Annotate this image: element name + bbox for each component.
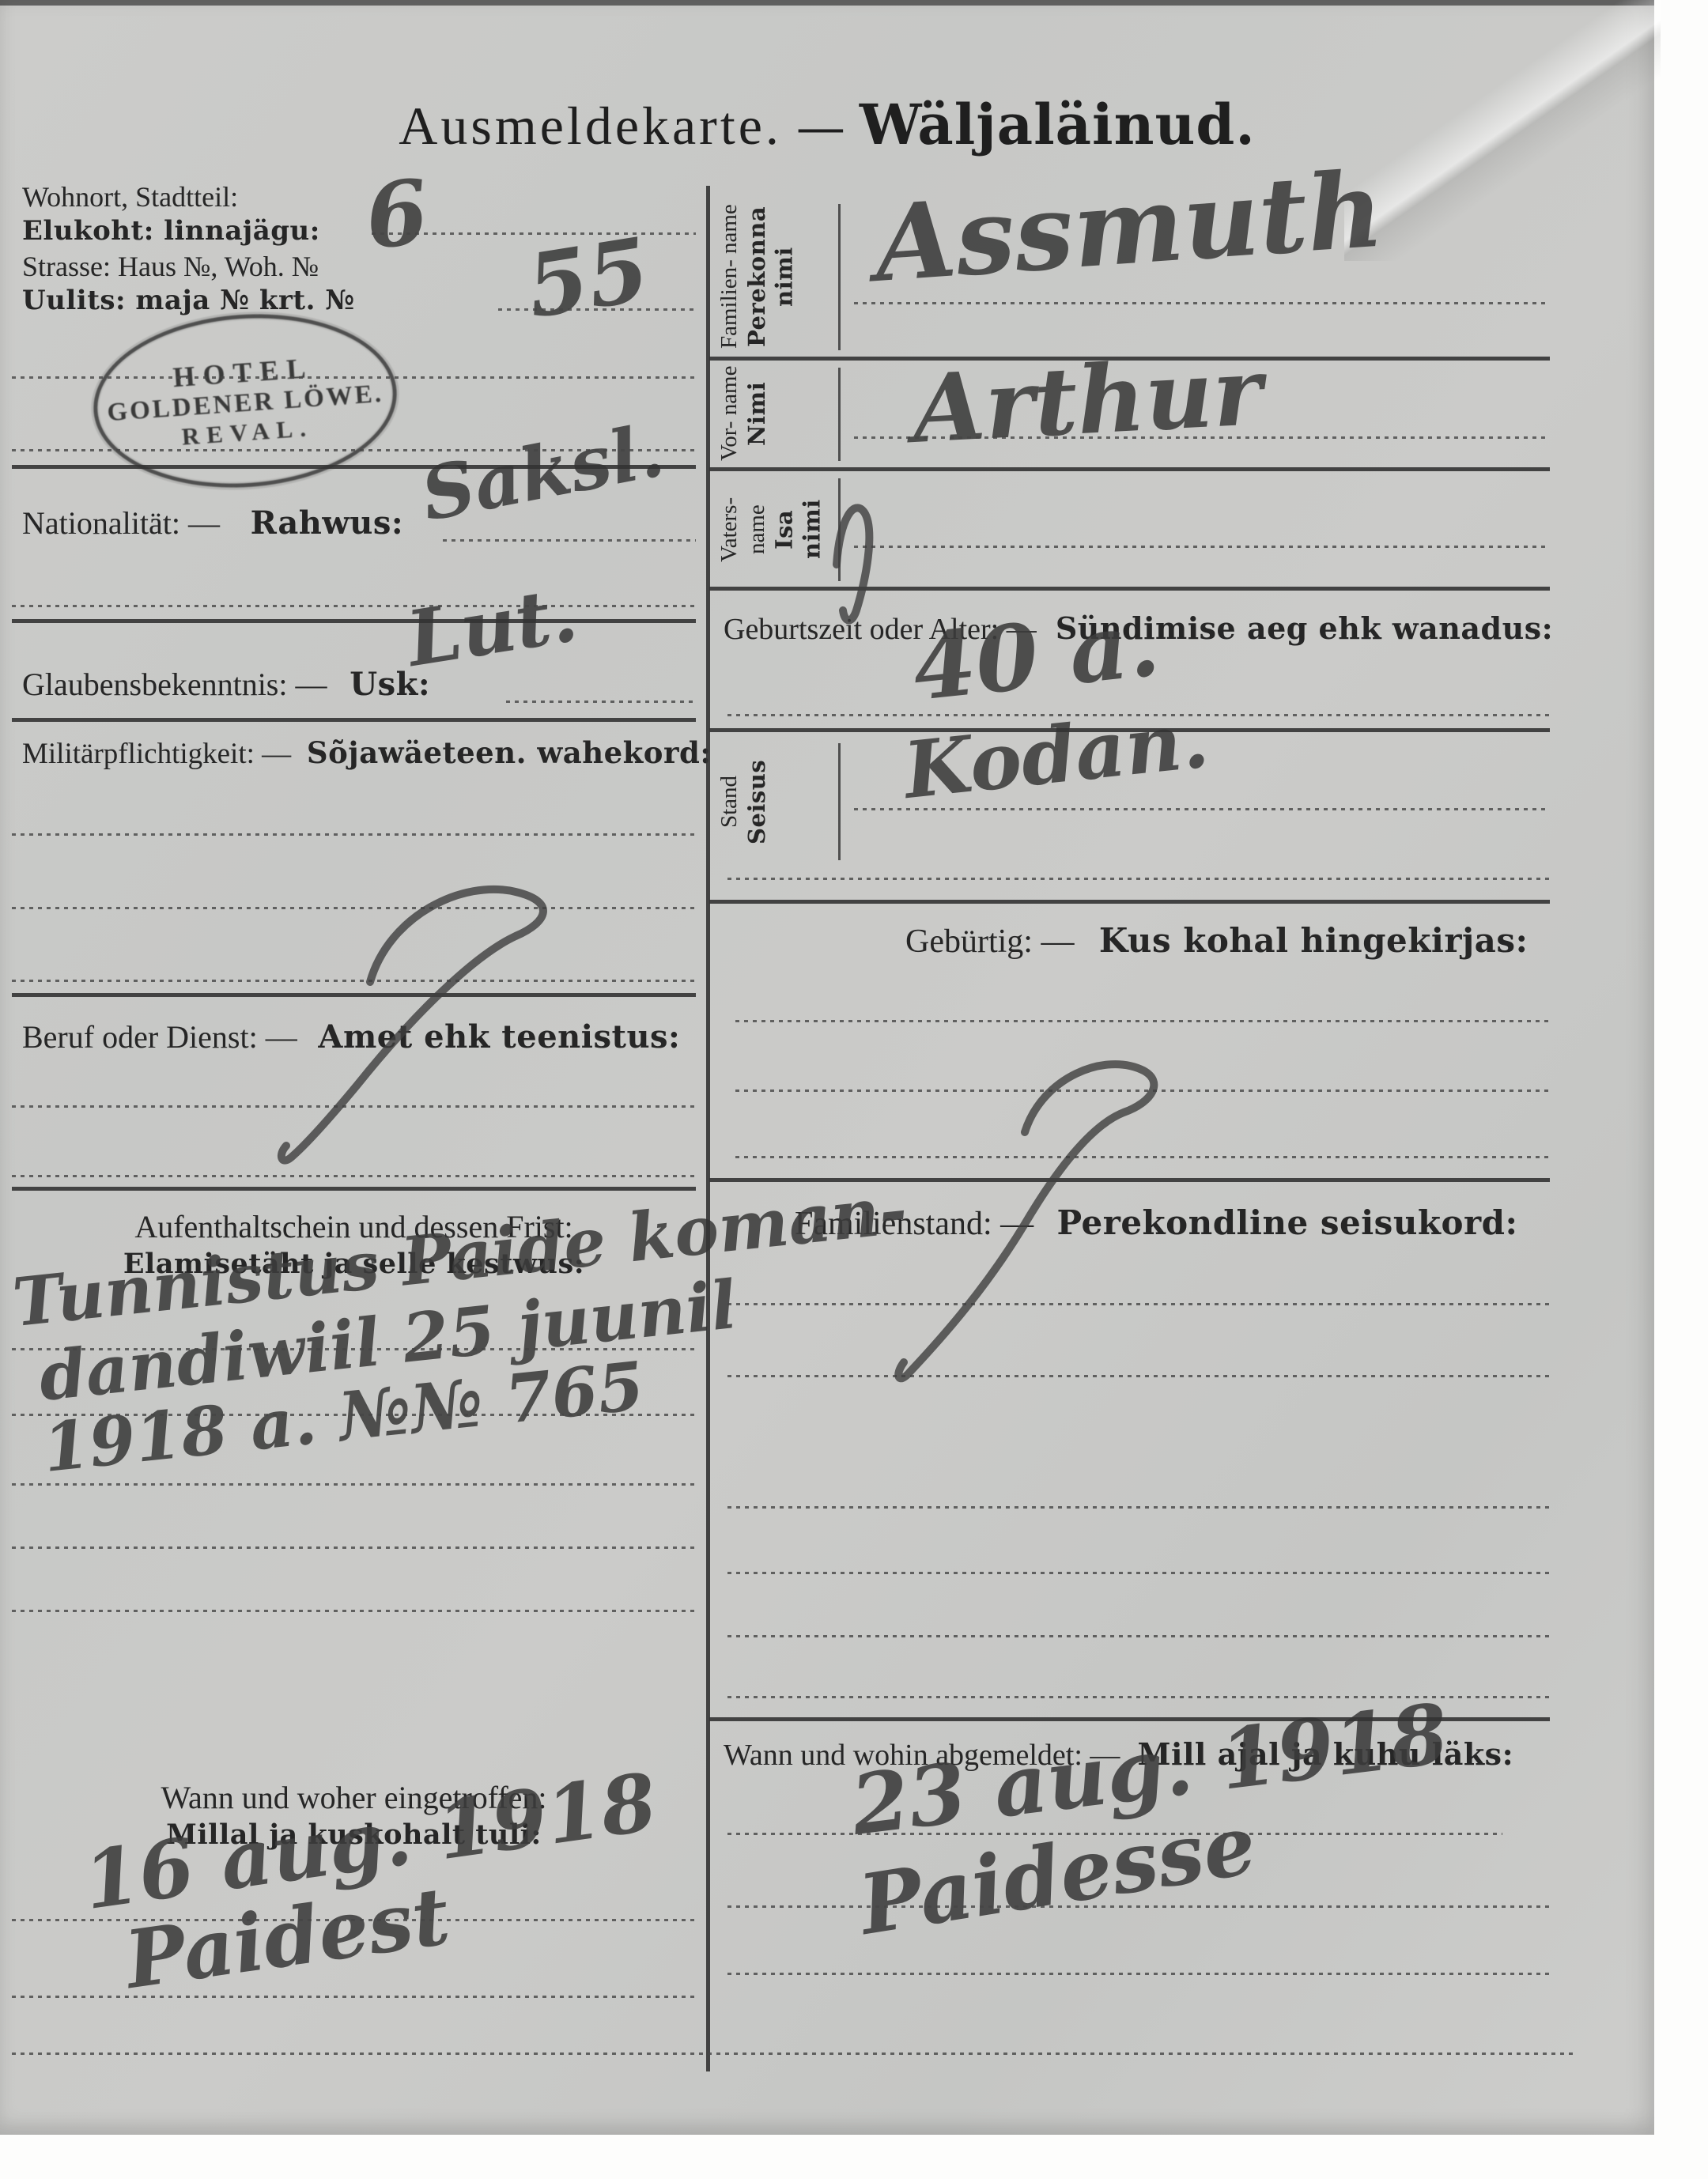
beruf-label: Beruf oder Dienst: — Amet ehk teenistus: — [22, 1018, 680, 1056]
stand-label-de: Stand — [716, 742, 743, 862]
dotted-writing-line — [12, 1610, 696, 1612]
dotted-writing-line — [727, 714, 1550, 716]
vorname-label-separator — [838, 368, 841, 461]
militaer-label-de: Militärpflichtigkeit: — — [22, 738, 291, 770]
nationalitaet-label: Nationalität: — Rahwus: — [22, 504, 403, 542]
handwriting-nationality: Saksl. — [414, 407, 671, 538]
nationalitaet-label-et: Rahwus: — [251, 504, 403, 542]
dotted-writing-line — [854, 546, 1550, 548]
gebuertig-label-et: Kus kohal hingekirjas: — [1099, 921, 1529, 960]
dotted-writing-line — [735, 1089, 1550, 1092]
dotted-writing-line — [727, 1696, 1550, 1698]
dotted-writing-line — [854, 302, 1550, 304]
dotted-writing-line — [12, 1483, 696, 1486]
familienname-label-separator — [838, 204, 841, 350]
dotted-writing-line — [12, 833, 696, 836]
handwriting-house-number: 55 — [520, 218, 656, 338]
dotted-writing-line — [12, 605, 696, 607]
glauben-label: Glaubensbekenntnis: — Usk: — [22, 666, 430, 703]
dotted-writing-line — [727, 1572, 1550, 1574]
section-divider — [12, 465, 696, 469]
vatersname-label-et: Isa nimi — [771, 476, 826, 583]
title-separator: — — [782, 98, 860, 156]
dotted-writing-line — [727, 1375, 1550, 1377]
dotted-writing-line — [735, 1020, 1550, 1022]
handwriting-religion: Lut. — [401, 569, 583, 684]
vatersname-label-separator — [838, 478, 841, 581]
card-paper: Ausmeldekarte.—Wäljaläinud. Wohnort, Sta… — [0, 0, 1654, 2135]
title-estonian: Wäljaläinud. — [860, 92, 1256, 157]
dotted-writing-line — [12, 1414, 696, 1416]
dotted-writing-line — [727, 1905, 1550, 1908]
dotted-writing-line — [506, 701, 696, 703]
dotted-writing-line — [372, 232, 696, 235]
handwriting-family-name: Assmuth — [871, 148, 1387, 306]
title-german: Ausmeldekarte. — [399, 96, 782, 156]
section-divider — [12, 1187, 696, 1191]
strasse-label-de: Strasse: Haus №, Woh. № — [22, 250, 319, 283]
section-divider — [709, 587, 1550, 591]
vatersname-rotated-label: Vaters- name Isa nimi — [716, 476, 834, 583]
scanned-registration-card: Ausmeldekarte.—Wäljaläinud. Wohnort, Sta… — [0, 0, 1708, 2179]
militaer-label-et: Sõjawäeteen. wahekord: — [307, 735, 712, 770]
gebuertig-label-de: Gebürtig: — — [905, 923, 1074, 960]
dotted-writing-line — [727, 1833, 1502, 1835]
familienname-label-et: Perekonna nimi — [743, 202, 799, 352]
stand-label-separator — [838, 743, 841, 860]
dotted-writing-line — [12, 1175, 696, 1177]
dotted-writing-line — [12, 980, 696, 982]
dotted-writing-line — [12, 907, 696, 909]
dotted-writing-line — [854, 436, 1550, 439]
vorname-rotated-label: Vor- name Nimi — [716, 365, 834, 462]
section-divider — [12, 993, 696, 997]
militaer-label: Militärpflichtigkeit: — Sõjawäeteen. wah… — [22, 735, 711, 771]
dotted-writing-line — [735, 1156, 1550, 1158]
glauben-label-de: Glaubensbekenntnis: — — [22, 667, 327, 702]
dotted-writing-line — [727, 1973, 1550, 1975]
dotted-writing-line — [12, 1919, 696, 1921]
section-divider — [709, 1178, 1550, 1182]
familienname-rotated-label: Familien- name Perekonna nimi — [716, 202, 834, 352]
handwriting-first-name: Arthur — [910, 336, 1265, 464]
stand-label-et: Seisus — [743, 742, 771, 862]
dotted-writing-line — [498, 308, 696, 311]
card-title: Ausmeldekarte.—Wäljaläinud. — [0, 92, 1654, 157]
familienname-label-de: Familien- name — [716, 202, 743, 352]
dotted-writing-line — [727, 1303, 1550, 1305]
handwritten-stroke-vatersname — [837, 508, 869, 620]
beruf-label-et: Amet ehk teenistus: — [318, 1018, 680, 1056]
section-divider — [12, 619, 696, 623]
beruf-label-de: Beruf oder Dienst: — — [22, 1019, 297, 1055]
dotted-writing-line — [12, 1348, 696, 1350]
wohnort-label-et: Elukoht: linnajägu: — [22, 215, 320, 247]
gebuertig-label: Gebürtig: — Kus kohal hingekirjas: — [905, 921, 1529, 961]
section-divider — [709, 900, 1550, 904]
dotted-writing-line — [727, 1635, 1550, 1637]
section-divider — [709, 467, 1550, 471]
dotted-writing-line — [12, 1105, 696, 1108]
section-divider — [709, 357, 1550, 361]
handwriting-district-number: 6 — [361, 160, 433, 270]
vorname-label-et: Nimi — [743, 365, 771, 462]
section-divider — [709, 728, 1550, 732]
dotted-writing-line — [12, 1996, 696, 1998]
stand-rotated-label: Stand Seisus — [716, 742, 834, 862]
section-divider — [709, 1717, 1550, 1721]
dotted-writing-line — [443, 539, 696, 542]
dotted-writing-line — [727, 878, 1550, 880]
dotted-writing-line — [727, 1506, 1550, 1509]
handwriting-age: 40 a. — [908, 590, 1164, 721]
nationalitaet-label-de: Nationalität: — — [22, 505, 220, 541]
vorname-label-de: Vor- name — [716, 365, 743, 462]
strasse-label-et: Uulits: maja № krt. № — [22, 285, 355, 316]
wohnort-label-de: Wohnort, Stadtteil: — [22, 180, 238, 213]
dotted-writing-line — [12, 2052, 1574, 2055]
dotted-writing-line — [854, 808, 1550, 810]
vatersname-label-de: Vaters- name — [716, 476, 771, 583]
dotted-writing-line — [12, 1546, 696, 1549]
dotted-writing-line — [12, 376, 696, 379]
dotted-writing-line — [12, 449, 696, 451]
section-divider — [12, 718, 696, 722]
familienstand-label-et: Perekondline seisukord: — [1057, 1203, 1518, 1242]
